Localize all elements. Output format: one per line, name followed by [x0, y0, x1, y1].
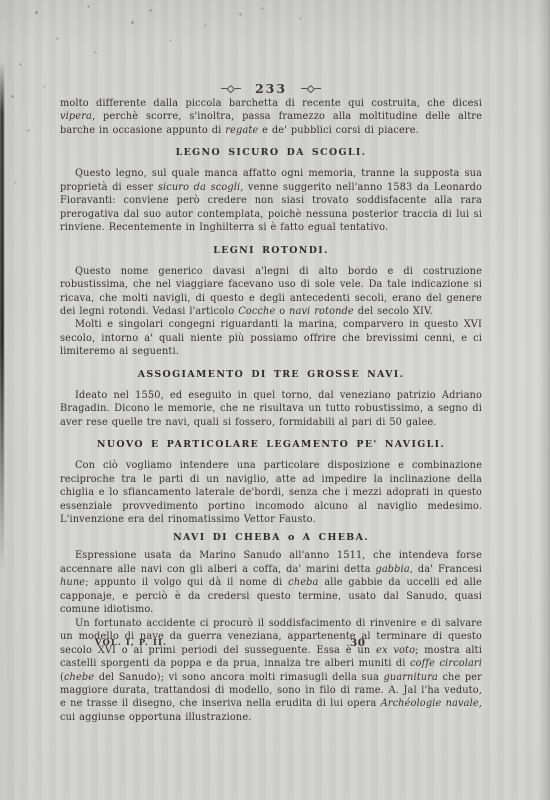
paragraph: Ideato nel 1550, ed eseguito in quel tor…	[60, 389, 482, 429]
paper-noise-specks	[0, 0, 1, 1]
paragraph: Questo nome generico davasi a'legni di a…	[60, 265, 482, 319]
paragraph: Espressione usata da Marino Sanudo all'a…	[60, 549, 482, 616]
section-heading-legno-sicuro: LEGNO SICURO DA SCOGLI.	[60, 147, 482, 158]
paragraph: Con ciò vogliamo intendere una particola…	[60, 459, 482, 526]
scanned-book-page: 233 molto differente dalla piccola barch…	[0, 0, 550, 800]
paragraph: Questo legno, sul quale manca affatto og…	[60, 167, 482, 234]
volume-label: VOL. I, P. II.	[95, 637, 167, 647]
section-heading-legni-rotondi: LEGNI ROTONDI.	[60, 245, 482, 256]
scan-edge-shadow-left	[0, 62, 4, 572]
page-number: 233	[255, 81, 287, 96]
fleuron-left-icon	[221, 86, 241, 92]
text-column: molto differente dalla piccola barchetta…	[60, 97, 482, 724]
fleuron-right-icon	[301, 86, 321, 92]
page-header: 233	[60, 78, 482, 97]
scan-edge-shadow-right	[540, 0, 550, 800]
signature-number: 30	[350, 637, 366, 649]
paragraph: Molti e singolari congegni riguardanti l…	[60, 318, 482, 358]
section-heading-assogiamento: ASSOGIAMENTO DI TRE GROSSE NAVI.	[60, 369, 482, 380]
paragraph-continuation: molto differente dalla piccola barchetta…	[60, 97, 482, 137]
section-heading-nuovo-legamento: NUOVO E PARTICOLARE LEGAMENTO PE' NAVIGL…	[60, 439, 482, 450]
page-footer: VOL. I, P. II. 30	[60, 637, 482, 651]
paragraph: Un fortunato accidente ci procurò il sod…	[60, 617, 482, 725]
section-heading-navi-di-cheba: NAVI DI CHEBA o A CHEBA.	[60, 532, 482, 543]
